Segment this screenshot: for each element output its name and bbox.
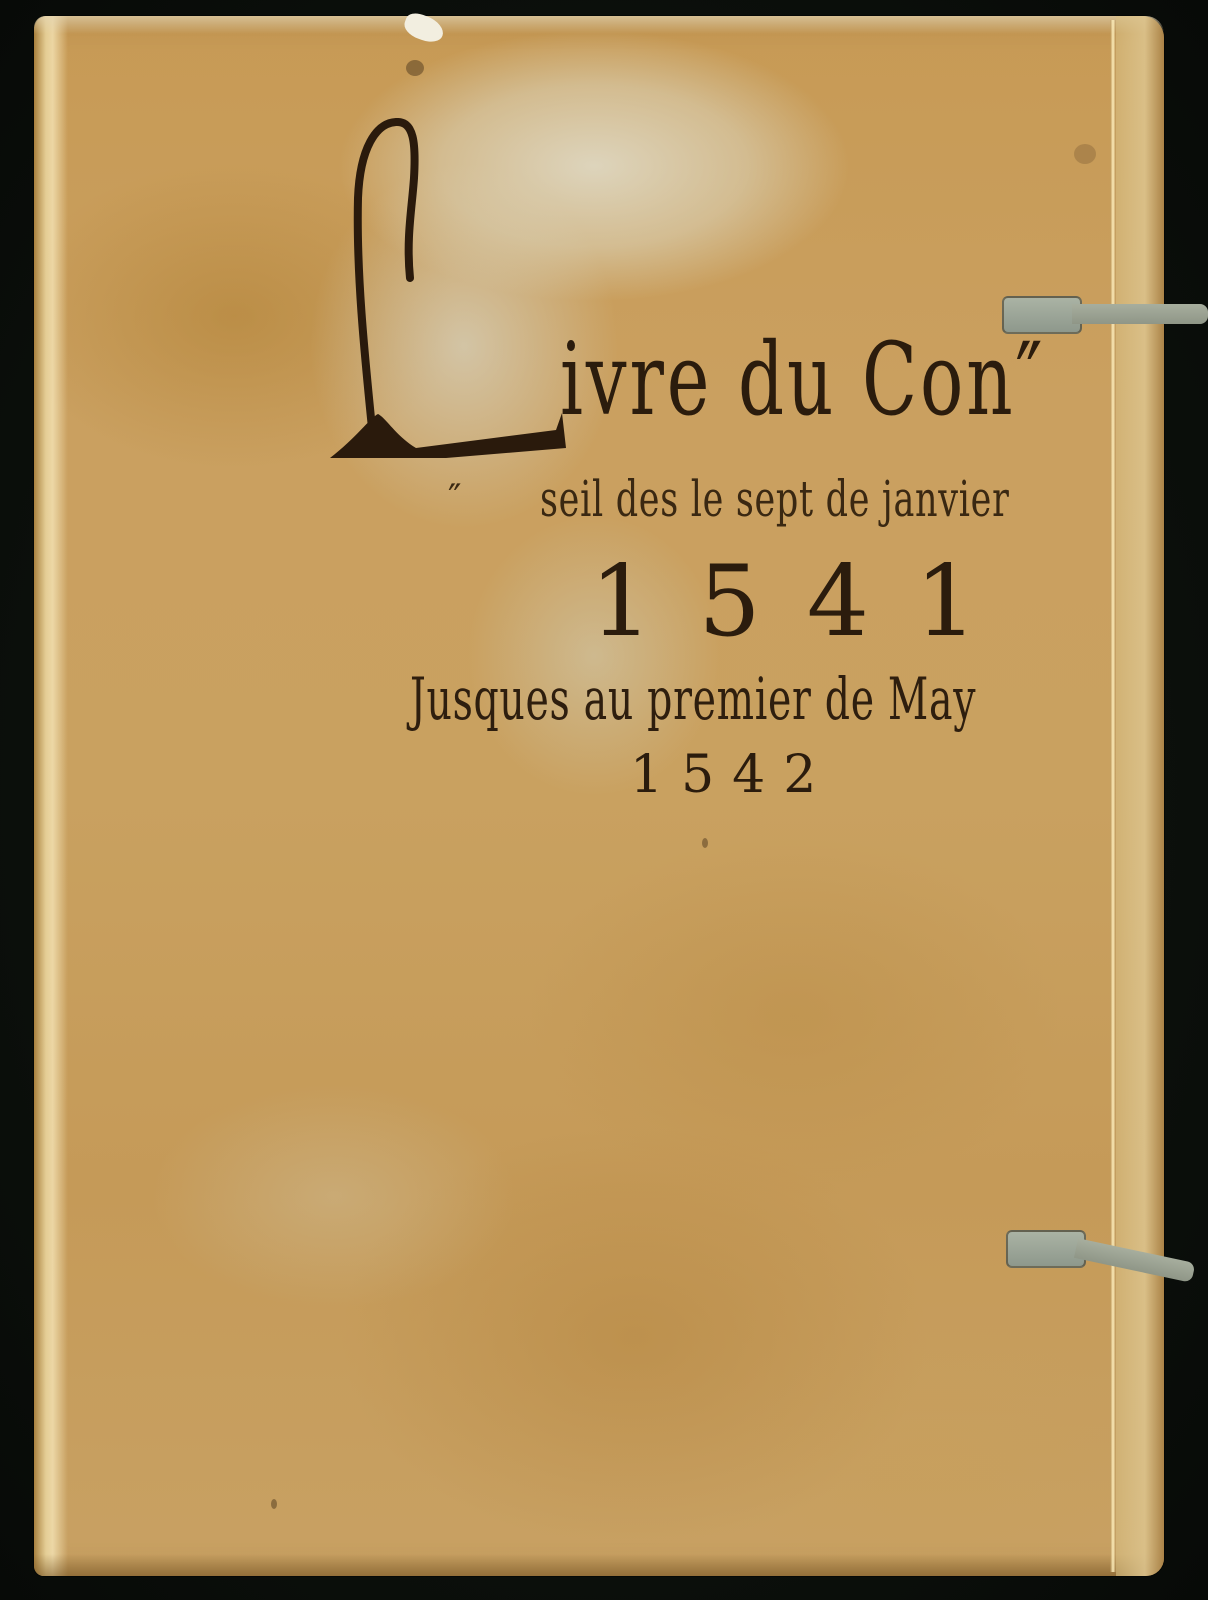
spine [1116, 16, 1164, 1576]
title-line-4: Jusques au premier de May [410, 665, 976, 733]
title-line-1: ivre du Con″ [560, 330, 1045, 430]
title-line-2: seil des le sept de janvier [540, 470, 1010, 528]
stain [1074, 144, 1096, 164]
cover-left-edge [34, 16, 68, 1576]
photo-scene: ivre du Con″ ″ seil des le sept de janvi… [0, 0, 1208, 1600]
title-initial-L [326, 118, 576, 463]
tie-ribbon [1072, 304, 1208, 324]
start-year: 1541 [590, 545, 1023, 659]
end-year: 1542 [630, 745, 834, 805]
cover-bottom-edge [34, 1554, 1164, 1576]
stain [271, 1499, 277, 1509]
book-cover [34, 16, 1164, 1576]
tie-tab [1002, 296, 1082, 334]
stain [406, 60, 424, 76]
spine-fold-highlight [1110, 20, 1116, 1572]
cover-top-edge [34, 16, 1164, 34]
tie-tab [1006, 1230, 1086, 1268]
stain [702, 838, 708, 848]
ditto-mark: ″ [448, 478, 461, 519]
